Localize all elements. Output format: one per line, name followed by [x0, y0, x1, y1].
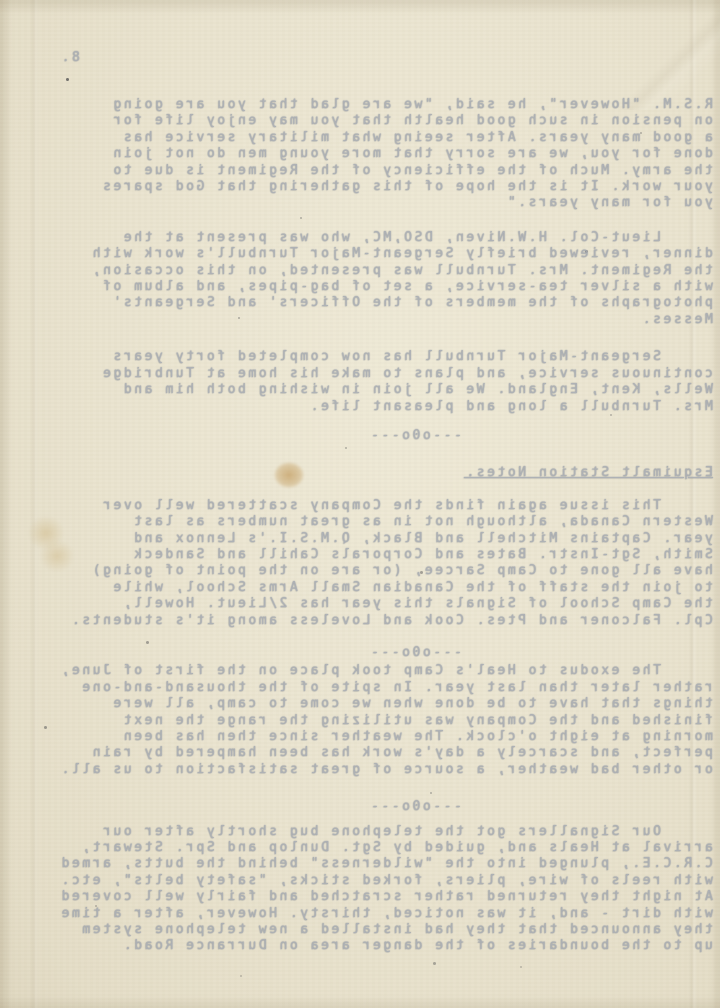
typed-line: a good many years. After seeing what mil… — [0, 130, 713, 146]
typed-line: year. Captains Mitchell and Black, Q.M.S… — [0, 531, 713, 547]
typed-line: your work. It is the hope of this gather… — [0, 179, 713, 195]
typed-line: Wells, Kent, England. We all join in wis… — [0, 382, 713, 398]
typed-line: perfect, and scarcely a day's work has b… — [0, 745, 713, 761]
typed-line: The exodus to Heal's Camp took place on … — [0, 663, 713, 679]
typed-line: Messes. — [0, 312, 713, 328]
typed-line: have all gone to Camp Sarcee, (or are on… — [0, 563, 713, 579]
typed-line: they announced that they had installed a… — [0, 922, 713, 938]
typed-text-layer-mirrored: 8. R.S.M. "However", he said, "we are gl… — [0, 0, 720, 1008]
typed-line: or other bad weather, a source of great … — [0, 762, 713, 778]
typed-line: up to the boundaries of the danger area … — [0, 938, 713, 954]
typed-line: At night they returned rather scratched … — [0, 889, 713, 905]
section-heading: Esquimalt Station Notes. — [464, 465, 713, 480]
typed-line: continuous service, and plans to make hi… — [0, 366, 713, 382]
typed-line: with dirt - and, it was noticed, thirsty… — [0, 906, 713, 922]
typed-line: with reels of wire, pliers, forked stick… — [0, 873, 713, 889]
typed-line: the Regiment. Mrs. Turnbull was presente… — [0, 263, 713, 279]
section-divider: ---o0o--- — [0, 645, 720, 661]
typed-line: Western Canada, although not in as great… — [0, 514, 713, 530]
scanned-page: { "page": { "number": "8.", "divider": "… — [0, 0, 720, 1008]
typed-line: morning at eight o'clock. The weather si… — [0, 729, 713, 745]
typed-line: Smith, Sgt-Instr. Bates and Corporals Ca… — [0, 547, 713, 563]
page-number: 8. — [59, 50, 80, 66]
typed-line: dinner, reviewed briefly Sergeant-Major … — [0, 246, 713, 262]
typed-line: on pension in such good health that you … — [0, 113, 713, 129]
typed-line: Mrs. Turnbull a long and pleasant life. — [0, 399, 713, 415]
typed-line: Sergeant-Major Turnbull has now complete… — [0, 349, 713, 365]
typed-line: the Camp School of Signals this year has… — [0, 596, 713, 612]
typed-line: arrival at Heals and, guided by Sgt. Dun… — [0, 840, 713, 856]
paragraph-station-notes: This issue again finds the Company scatt… — [0, 498, 720, 629]
paragraph-signallers: Our Signallers got the telephone bug sho… — [0, 824, 720, 955]
typed-line: finished and the Company was utilizing t… — [0, 713, 713, 729]
typed-text-flow: R.S.M. "However", he said, "we are glad … — [0, 97, 720, 955]
paragraph-speech: R.S.M. "However", he said, "we are glad … — [0, 97, 720, 212]
typed-line: to join the staff of the Canadian Small … — [0, 580, 713, 596]
typed-line: R.S.M. "However", he said, "we are glad … — [0, 97, 713, 113]
section-divider: ---o0o--- — [0, 799, 720, 815]
typed-line: photographs of the members of the Office… — [0, 295, 713, 311]
section-divider: ---o0o--- — [0, 428, 720, 444]
section-heading-wrap: Esquimalt Station Notes. — [0, 461, 720, 481]
paragraph-retirement: Sergeant-Major Turnbull has now complete… — [0, 349, 720, 415]
paragraph-presentation: Lieut-Col. H.W.Niven, DSO,MC, who was pr… — [0, 230, 720, 328]
typed-line: Lieut-Col. H.W.Niven, DSO,MC, who was pr… — [0, 230, 713, 246]
typed-line: done for you, we are sorry that more you… — [0, 146, 713, 162]
typed-line: the army. Much of the efficiency of the … — [0, 163, 713, 179]
typed-line: rather later than last year. In spite of… — [0, 680, 713, 696]
typed-line: Our Signallers got the telephone bug sho… — [0, 824, 713, 840]
typed-line: you for many years." — [0, 195, 713, 211]
typed-line: Cpl. Falconer and Ptes. Cook and Loveles… — [0, 613, 713, 629]
typed-line: This issue again finds the Company scatt… — [0, 498, 713, 514]
typed-line: with a silver tea-service, a set of bag-… — [0, 279, 713, 295]
typed-line: things that have to be done when we come… — [0, 696, 713, 712]
paragraph-camp-exodus: The exodus to Heal's Camp took place on … — [0, 663, 720, 778]
typed-line: C.R.C.E., plunged into the "wilderness" … — [0, 856, 713, 872]
